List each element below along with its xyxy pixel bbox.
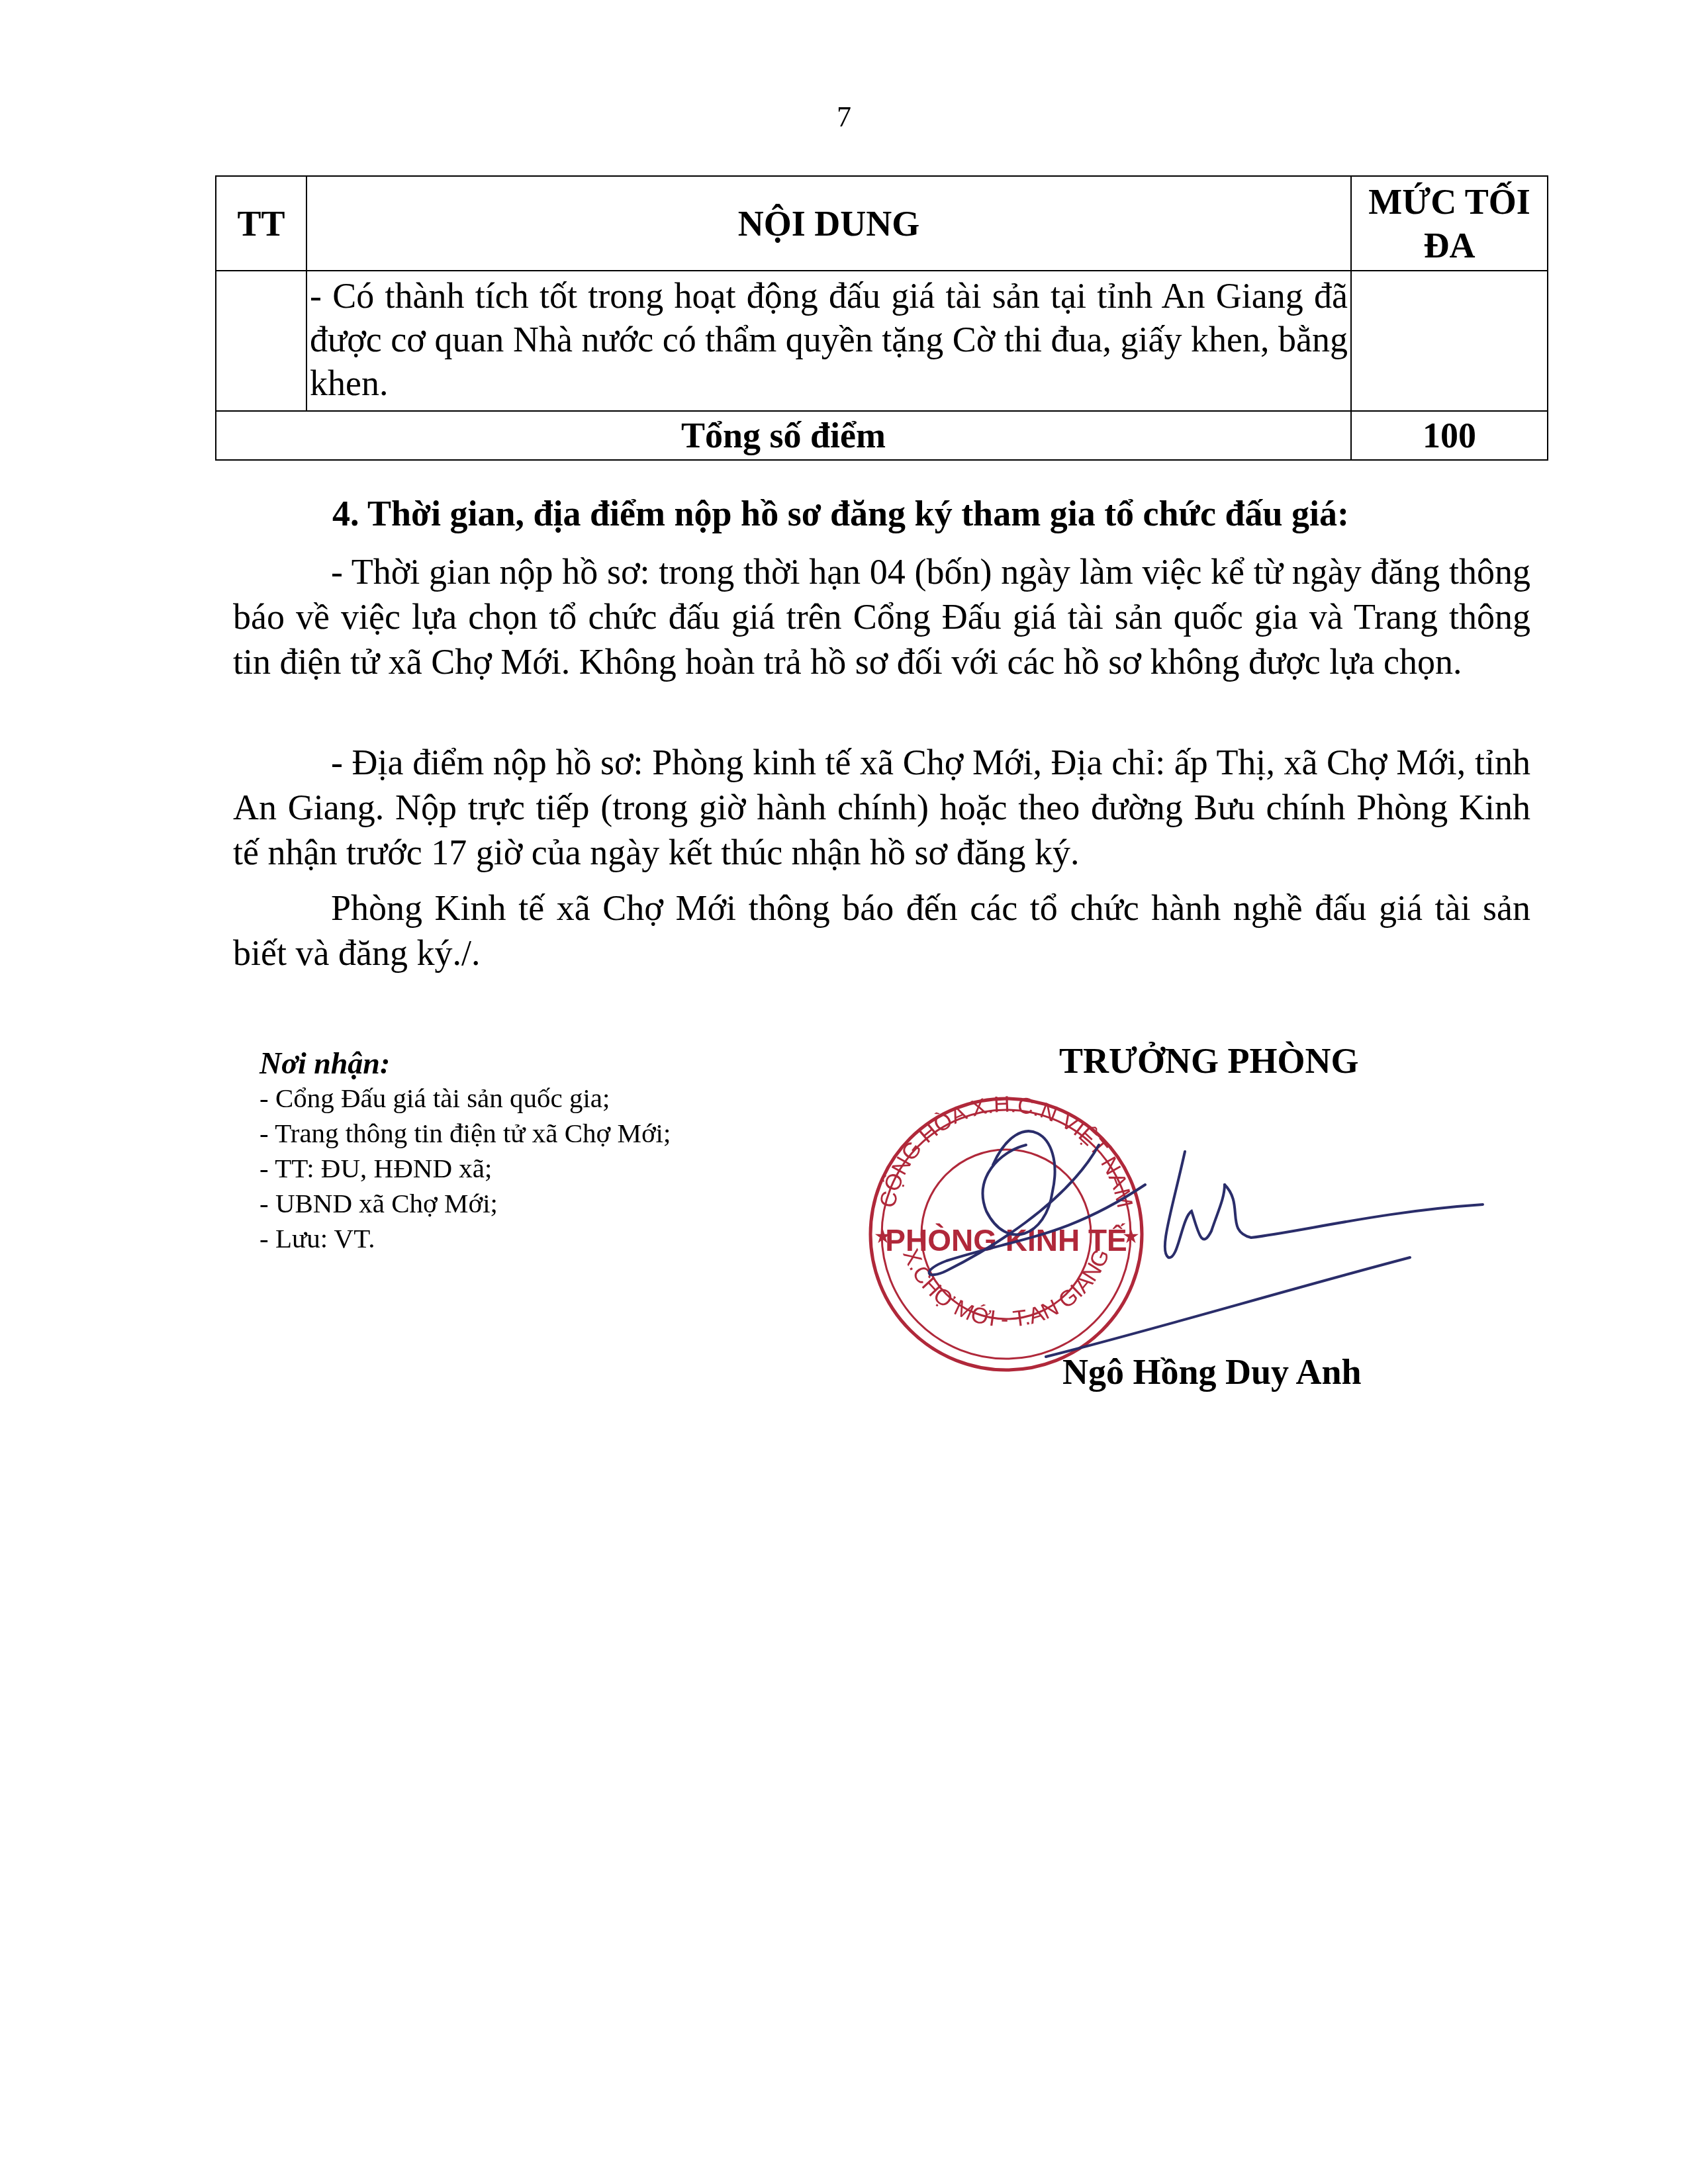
paragraph-text: - Thời gian nộp hồ sơ: trong thời hạn 04… [233,549,1530,684]
section-heading: 4. Thời gian, địa điểm nộp hồ sơ đăng ký… [332,491,1349,536]
recipient-item: - TT: ĐU, HĐND xã; [259,1151,671,1186]
header-content: NỘI DUNG [306,176,1351,271]
paragraph-closing: Phòng Kinh tế xã Chợ Mới thông báo đến c… [233,886,1530,976]
paragraph-text: - Địa điểm nộp hồ sơ: Phòng kinh tế xã C… [233,740,1530,875]
svg-text:PHÒNG KINH TẾ: PHÒNG KINH TẾ [885,1223,1127,1257]
header-tt: TT [216,176,306,271]
total-label: Tổng số điểm [216,411,1351,460]
recipient-item: - Lưu: VT. [259,1221,671,1256]
recipient-item: - Trang thông tin điện tử xã Chợ Mới; [259,1116,671,1151]
recipients-block: Nơi nhận: - Cổng Đấu giá tài sản quốc gi… [259,1046,671,1256]
paragraph-submission-time: - Thời gian nộp hồ sơ: trong thời hạn 04… [233,549,1530,684]
svg-text:CỘNG HÒA X.H.C.N VIỆT NAM: CỘNG HÒA X.H.C.N VIỆT NAM [875,1092,1137,1210]
cell-content: - Có thành tích tốt trong hoạt động đấu … [306,271,1351,411]
stamp-and-signature: CỘNG HÒA X.H.C.N VIỆT NAM X.CHỢ MỚI - T.… [854,1079,1549,1383]
svg-text:★: ★ [874,1226,892,1248]
svg-text:X.CHỢ MỚI - T.AN GIANG: X.CHỢ MỚI - T.AN GIANG [898,1245,1115,1332]
official-stamp-icon: CỘNG HÒA X.H.C.N VIỆT NAM X.CHỢ MỚI - T.… [854,1079,1549,1383]
table-header-row: TT NỘI DUNG MỨC TỐI ĐA [216,176,1548,271]
recipient-item: - Cổng Đấu giá tài sản quốc gia; [259,1081,671,1116]
paragraph-text: Phòng Kinh tế xã Chợ Mới thông báo đến c… [233,886,1530,976]
cell-max-score [1351,271,1548,411]
recipients-title: Nơi nhận: [259,1046,671,1081]
cell-tt [216,271,306,411]
svg-text:★: ★ [1122,1226,1140,1248]
table-row: - Có thành tích tốt trong hoạt động đấu … [216,271,1548,411]
total-value: 100 [1351,411,1548,460]
signer-name: Ngô Hồng Duy Anh [1062,1350,1362,1394]
recipient-item: - UBND xã Chợ Mới; [259,1186,671,1221]
header-max-score: MỨC TỐI ĐA [1351,176,1548,271]
page-number: 7 [0,99,1688,135]
paragraph-submission-location: - Địa điểm nộp hồ sơ: Phòng kinh tế xã C… [233,740,1530,875]
scoring-table: TT NỘI DUNG MỨC TỐI ĐA - Có thành tích t… [215,175,1548,461]
signature-title: TRƯỞNG PHÒNG [1059,1039,1390,1083]
table-total-row: Tổng số điểm 100 [216,411,1548,460]
